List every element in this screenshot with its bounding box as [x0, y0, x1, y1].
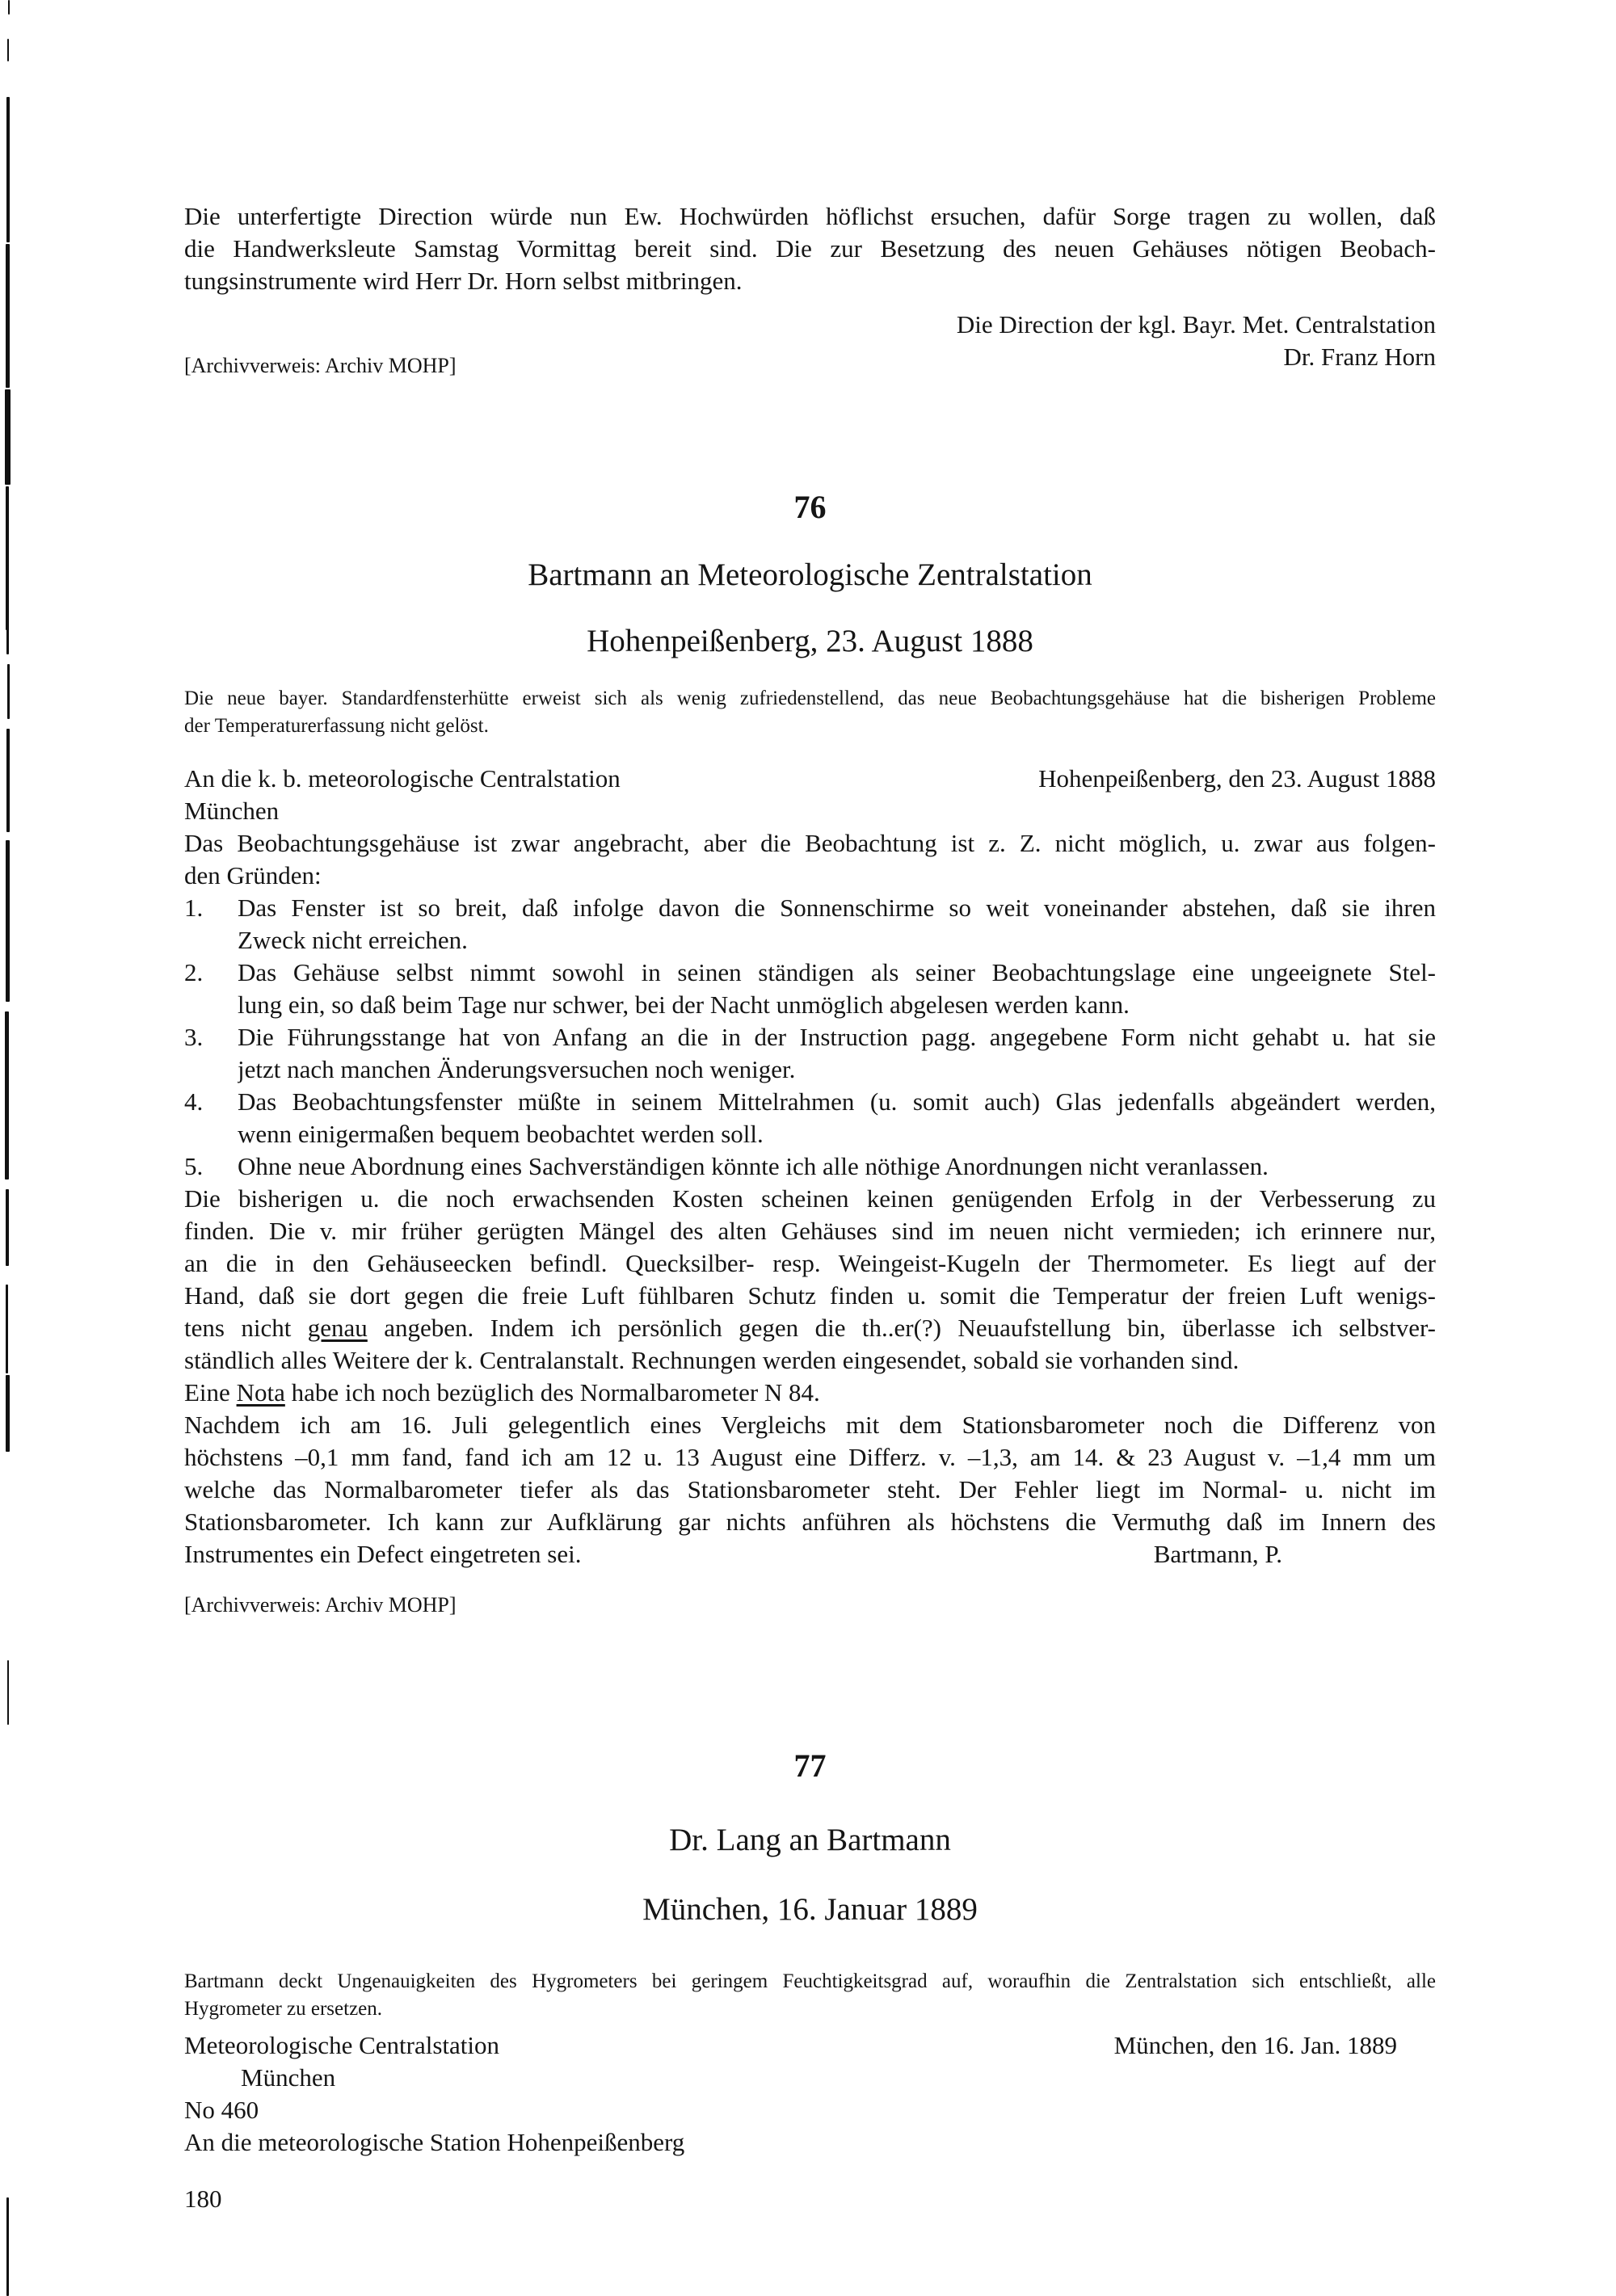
list-item-number: 1.	[184, 892, 203, 924]
scan-artifact-line	[5, 389, 11, 485]
letter-date: Hohenpeißenberg, den 23. August 1888	[1038, 763, 1436, 795]
scan-artifact-line	[6, 1285, 8, 1373]
scan-artifact-line	[6, 840, 10, 1002]
scan-artifact-line	[6, 729, 10, 832]
archive-reference: [Archivverweis: Archiv MOHP]	[184, 352, 1436, 380]
scan-artifact-line	[6, 244, 10, 388]
intro-letter-continuation: Die unterfertigte Direction würde nun Ew…	[184, 200, 1436, 380]
letter-opening: Das Beobachtungsgehäuse ist zwar angebra…	[184, 827, 1436, 892]
letter-head-row: An die k. b. meteorologische Centralstat…	[184, 763, 1436, 795]
scan-artifact-line	[7, 39, 9, 61]
scan-artifact-line	[6, 2197, 9, 2296]
letter-ref-number: No 460	[184, 2094, 1436, 2126]
letter-head-row: Meteorologische Centralstation München, …	[184, 2029, 1436, 2062]
signature-name: Bartmann, P.	[1154, 1538, 1282, 1571]
scan-artifact-line	[7, 664, 10, 719]
intro-paragraph: Die unterfertigte Direction würde nun Ew…	[184, 200, 1436, 297]
list-item-number: 2.	[184, 957, 203, 989]
letter-date: München, den 16. Jan. 1889	[1114, 2029, 1397, 2062]
scan-artifact-line	[6, 1189, 9, 1266]
list-item-text: Das Gehäuse selbst nimmt sowohl in seine…	[238, 957, 1436, 1021]
letter-sender-city: München	[184, 2062, 1436, 2094]
scan-artifact-line	[6, 97, 10, 242]
entry-dateline: Hohenpeißenberg, 23. August 1888	[184, 622, 1436, 661]
entry-dateline: München, 16. Januar 1889	[184, 1890, 1436, 1929]
scan-artifact-line	[5, 1011, 9, 1180]
list-item-number: 4.	[184, 1086, 203, 1118]
signature-organization: Die Direction der kgl. Bayr. Met. Centra…	[184, 309, 1436, 341]
letter-recipient-line: An die meteorologische Station Hohenpeiß…	[184, 2126, 1436, 2159]
entry-title: Dr. Lang an Bartmann	[184, 1821, 1436, 1860]
list-item-number: 3.	[184, 1021, 203, 1053]
list-item: 1. Das Fenster ist so breit, daß infolge…	[184, 892, 1436, 957]
entry-number: 77	[184, 1747, 1436, 1785]
list-item-text: Ohne neue Abordnung eines Sachverständig…	[238, 1150, 1436, 1183]
list-item: 2. Das Gehäuse selbst nimmt sowohl in se…	[184, 957, 1436, 1021]
list-item: 4. Das Beobachtungsfenster müßte in sein…	[184, 1086, 1436, 1150]
letter-recipient-city: München	[184, 795, 1436, 827]
scanned-book-page: Die unterfertigte Direction würde nun Ew…	[0, 0, 1616, 2296]
entry-summary: Bartmann deckt Ungenauigkeiten des Hygro…	[184, 1968, 1436, 2023]
scan-artifact-line	[6, 566, 9, 654]
numbered-list: 1. Das Fenster ist so breit, daß infolge…	[184, 892, 1436, 1183]
letter-recipient: An die k. b. meteorologische Centralstat…	[184, 763, 621, 795]
scan-artifact-line	[8, 0, 10, 15]
closing-row: Instrumentes ein Defect eingetreten sei.…	[184, 1538, 1436, 1571]
list-item-text: Die Führungsstange hat von Anfang an die…	[238, 1021, 1436, 1086]
entry-76: 76 Bartmann an Meteorologische Zentralst…	[184, 488, 1436, 1619]
letter-nota-line: Eine Nota habe ich noch bezüglich des No…	[184, 1377, 1436, 1409]
list-item-text: Das Beobachtungsfenster müßte in seinem …	[238, 1086, 1436, 1150]
entry-77: 77 Dr. Lang an Bartmann München, 16. Jan…	[184, 1747, 1436, 2159]
letter-sender: Meteorologische Centralstation	[184, 2029, 499, 2062]
entry-number: 76	[184, 488, 1436, 527]
letter-body-barometer: Nachdem ich am 16. Juli gelegentlich ein…	[184, 1409, 1436, 1538]
entry-summary: Die neue bayer. Standardfensterhütte erw…	[184, 685, 1436, 740]
list-item: 3. Die Führungsstange hat von Anfang an …	[184, 1021, 1436, 1086]
page-number: 180	[184, 2183, 1436, 2215]
closing-line: Instrumentes ein Defect eingetreten sei.	[184, 1538, 582, 1571]
entry-title: Bartmann an Meteorologische Zentralstati…	[184, 556, 1436, 595]
list-item-number: 5.	[184, 1150, 203, 1183]
letter-body-costs: Die bisherigen u. die noch erwachsenden …	[184, 1183, 1436, 1377]
list-item-text: Das Fenster ist so breit, daß infolge da…	[238, 892, 1436, 957]
list-item: 5. Ohne neue Abordnung eines Sachverstän…	[184, 1150, 1436, 1183]
page-content: Die unterfertigte Direction würde nun Ew…	[184, 200, 1436, 2215]
scan-artifact-line	[7, 1660, 9, 1725]
archive-reference: [Archivverweis: Archiv MOHP]	[184, 1592, 1436, 1619]
scan-artifact-line	[6, 1375, 10, 1452]
